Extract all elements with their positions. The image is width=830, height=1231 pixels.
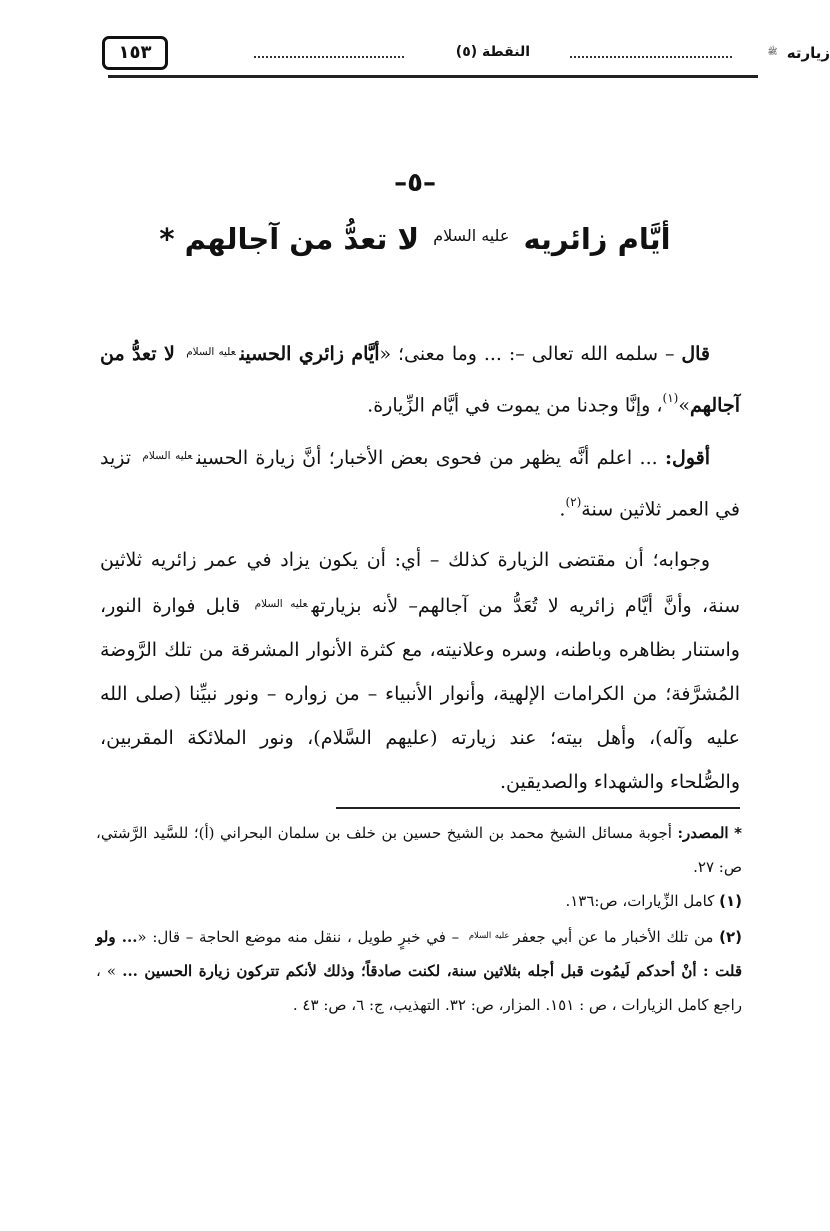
honorific-icon: عليه السلام: [142, 450, 192, 462]
footnote-1-mark: (١): [719, 892, 742, 910]
paragraph-answer-intro: أقول: ... اعلم أنَّه يظهر من فحوى بعض ال…: [100, 434, 740, 532]
footnote-2-text-cont: – في خبرٍ طويل ، ننقل منه موضع الحاجة – …: [137, 928, 465, 946]
question-quote: أيَّام زائري الحسين: [240, 343, 380, 365]
footnote-separator: [336, 807, 740, 809]
document-page: زيارته ﷺ النقطة (٥) ١٥٣ –٥– أيَّام زائري…: [0, 0, 830, 1231]
paragraph-question: قال – سلمه الله تعالى –: ... وما معنى؛ «…: [100, 330, 740, 428]
honorific-icon: عليه السلام: [469, 930, 509, 940]
footnote-source-text: أجوبة مسائل الشيخ محمد بن الشيخ حسين بن …: [96, 824, 742, 876]
question-lead: قال: [681, 343, 710, 365]
question-text: – سلمه الله تعالى –: ... وما معنى؛ «: [380, 343, 682, 365]
honorific-icon: عليه السلام: [433, 226, 509, 245]
running-header: زيارته ﷺ النقطة (٥) ١٥٣: [90, 34, 830, 72]
footnote-source: * المصدر: أجوبة مسائل الشيخ محمد بن الشي…: [96, 816, 742, 884]
question-quote-close: »: [678, 395, 690, 417]
footnote-1-text: كامل الزِّيارات، ص:١٣٦.: [565, 892, 719, 910]
section-title: أيَّام زائريه عليه السلام لا تعدُّ من آج…: [0, 222, 830, 256]
answer-text: ... اعلم أنَّه يظهر من فحوى بعض الأخبار؛…: [196, 447, 665, 469]
answer-body-text-cont: قابل فوارة النور، واستنار بظاهره وباطنه،…: [100, 595, 740, 793]
section-number: –٥–: [0, 168, 830, 198]
honorific-icon: عليه السلام: [186, 346, 235, 358]
footnote-ref-1[interactable]: (١): [663, 391, 679, 405]
footnote-1: (١) كامل الزِّيارات، ص:١٣٦.: [96, 884, 742, 918]
header-dotted-leader-left: [254, 46, 404, 58]
footnote-2-mark: (٢): [719, 928, 742, 946]
footnote-source-mark: *: [734, 824, 742, 842]
header-rule: [108, 75, 758, 78]
question-text-end: ، وإنَّا وجدنا من يموت في أيَّام الزِّيا…: [367, 395, 662, 417]
honorific-icon: ﷺ: [768, 46, 778, 56]
body-text: قال – سلمه الله تعالى –: ... وما معنى؛ «…: [100, 330, 740, 810]
running-header-book-section: زيارته ﷺ: [764, 44, 830, 62]
page-number-box: ١٥٣: [102, 36, 168, 70]
honorific-icon: عليه السلام: [255, 598, 308, 610]
running-header-chapter: النقطة (٥): [456, 44, 530, 60]
footnote-ref-2[interactable]: (٢): [565, 495, 581, 509]
section-title-part2: لا تعدُّ من آجالهم *: [159, 222, 419, 256]
answer-lead: أقول:: [665, 447, 710, 469]
footnotes: * المصدر: أجوبة مسائل الشيخ محمد بن الشي…: [96, 816, 742, 1022]
section-title-part1: أيَّام زائريه: [523, 222, 670, 256]
book-section-label: زيارته: [787, 44, 830, 62]
footnote-source-label: المصدر:: [678, 824, 729, 842]
paragraph-answer-body: وجوابه؛ أن مقتضى الزيارة كذلك – أي: أن ي…: [100, 538, 740, 804]
footnote-2-text: من تلك الأخبار ما عن أبي جعفر: [513, 928, 719, 946]
header-dotted-leader-right: [570, 46, 732, 58]
footnote-2: (٢) من تلك الأخبار ما عن أبي جعفرعليه ال…: [96, 918, 742, 1022]
